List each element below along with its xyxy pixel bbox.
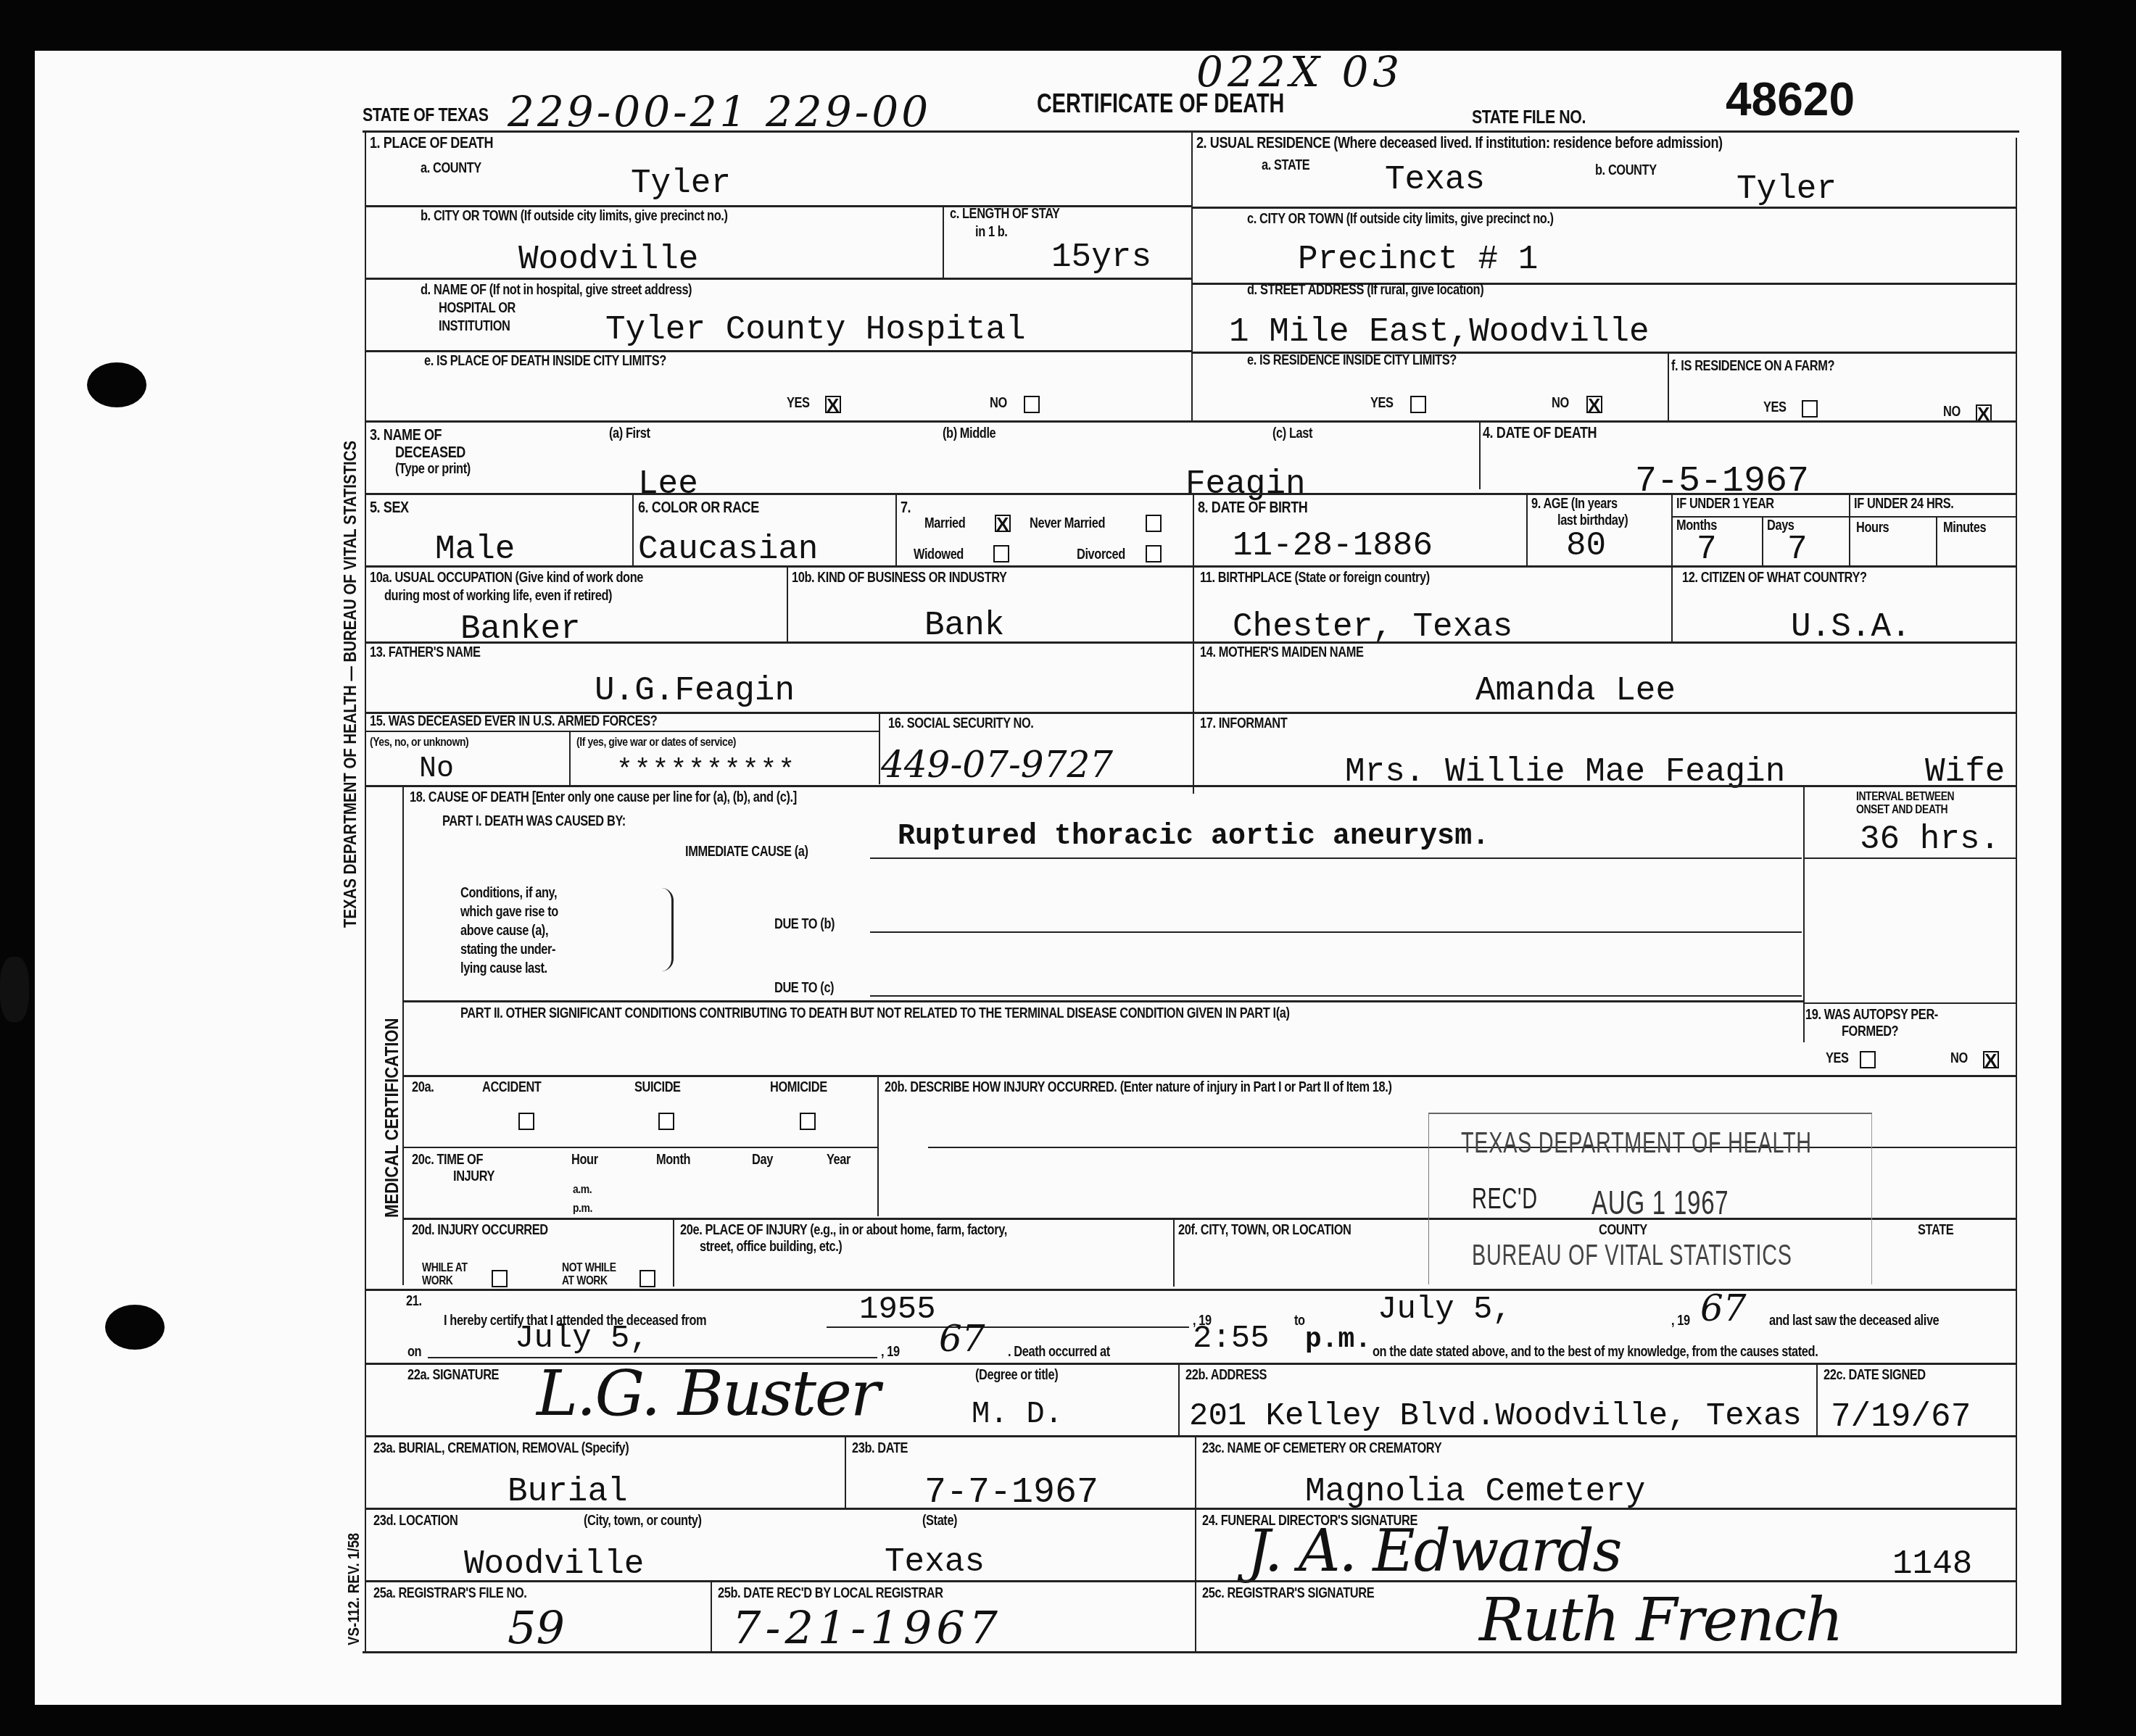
res-city-field: Precinct # 1 — [1298, 243, 1538, 276]
citizen-label: 12. CITIZEN OF WHAT COUNTRY? — [1682, 570, 1867, 586]
month-label: Month — [656, 1153, 690, 1168]
rule — [1526, 493, 1528, 565]
due-to-b-label: DUE TO (b) — [774, 917, 835, 932]
not-while-at-work-label: NOT WHILE AT WORK — [562, 1261, 627, 1287]
autopsy-yes-checkbox[interactable] — [1860, 1051, 1876, 1068]
date-signed-field: 7/19/67 — [1831, 1400, 1971, 1434]
informant-relation-field: Wife — [1925, 755, 2005, 789]
on-farm-label: f. IS RESIDENCE ON A FARM? — [1671, 359, 1834, 374]
married-label: Married — [924, 516, 965, 531]
last-seen-date-field: July 5, — [515, 1323, 649, 1355]
not-while-at-work-checkbox[interactable] — [639, 1270, 655, 1287]
conditions-note-1: Conditions, if any, — [460, 886, 557, 901]
day-label: Day — [752, 1153, 773, 1168]
last-name-field: Feagin — [1185, 468, 1306, 501]
informant-field: Mrs. Willie Mae Feagin — [1345, 755, 1785, 789]
while-at-work-label: WHILE AT WORK — [422, 1261, 476, 1287]
divorced-label: Divorced — [1077, 547, 1125, 562]
rule — [1193, 207, 2017, 209]
injury-state-label: STATE — [1918, 1223, 1953, 1238]
res-county-label: b. COUNTY — [1595, 163, 1657, 178]
disposition-label: 23a. BURIAL, CREMATION, REMOVAL (Specify… — [373, 1441, 629, 1456]
res-inside-city-yes-checkbox[interactable] — [1410, 396, 1426, 413]
res-state-field: Texas — [1385, 163, 1485, 196]
armed-forces-label: 15. WAS DECEASED EVER IN U.S. ARMED FORC… — [370, 714, 657, 729]
punch-hole — [87, 362, 146, 407]
rule — [366, 785, 2017, 787]
first-name-label: (a) First — [609, 426, 650, 441]
rule — [1816, 1363, 1818, 1435]
ssn-label: 16. SOCIAL SECURITY NO. — [888, 716, 1033, 731]
injury-county-label: COUNTY — [1599, 1223, 1647, 1238]
physician-address-field: 201 Kelley Blvd.Woodville, Texas — [1189, 1400, 1802, 1432]
no-label: NO — [990, 396, 1007, 411]
date-recd-label: 25b. DATE REC'D BY LOCAL REGISTRAR — [718, 1586, 943, 1601]
cemetery-label: 23c. NAME OF CEMETERY OR CREMATORY — [1202, 1441, 1441, 1456]
interval-label: INTERVAL BETWEEN — [1856, 790, 1954, 803]
res-inside-city-label: e. IS RESIDENCE INSIDE CITY LIMITS? — [1247, 353, 1457, 368]
inside-city-limits-label: e. IS PLACE OF DEATH INSIDE CITY LIMITS? — [424, 354, 666, 369]
age-label-2: last birthday) — [1557, 513, 1628, 528]
last-name-label: (c) Last — [1272, 426, 1312, 441]
autopsy-label: 19. WAS AUTOPSY PER- — [1805, 1008, 1938, 1023]
time-of-injury-label-2: INJURY — [453, 1169, 494, 1184]
conditions-note-4: stating the under- — [460, 942, 555, 958]
rule — [895, 493, 897, 565]
rule — [632, 493, 634, 565]
while-at-work-checkbox[interactable] — [492, 1270, 508, 1287]
to-label: to — [1294, 1313, 1305, 1329]
punch-hole — [105, 1305, 165, 1350]
death-time-pm: p.m. — [1305, 1326, 1371, 1354]
rule — [870, 995, 1802, 997]
rule — [366, 1580, 2017, 1582]
location-state-field: Texas — [885, 1545, 985, 1579]
rule — [366, 420, 2017, 423]
nineteen-2: , 19 — [1671, 1313, 1690, 1329]
rule — [845, 1435, 846, 1508]
cause-of-death-label: 18. CAUSE OF DEATH [Enter only one cause… — [410, 790, 797, 805]
place-of-injury-label-2: street, office building, etc.) — [700, 1239, 842, 1255]
stamp-line-3: BUREAU OF VITAL STATISTICS — [1472, 1239, 1792, 1272]
rule — [404, 1000, 1803, 1002]
hour-label: Hour — [571, 1153, 598, 1168]
birthplace-field: Chester, Texas — [1233, 610, 1512, 644]
rule — [366, 565, 2017, 568]
hospital-label-3: INSTITUTION — [439, 319, 510, 334]
immediate-cause-field: Ruptured thoracic aortic aneurysm. — [898, 823, 1489, 852]
registrar-file-no-field: 59 — [508, 1606, 565, 1650]
on-label: on — [407, 1345, 421, 1360]
am-label: a.m. — [573, 1183, 592, 1196]
usual-residence-label: 2. USUAL RESIDENCE (Where deceased lived… — [1196, 134, 1723, 151]
armed-forces-sub2: (If yes, give war or dates of service) — [576, 736, 736, 749]
registrar-file-no-label: 25a. REGISTRAR'S FILE NO. — [373, 1586, 526, 1601]
interval-label-2: ONSET AND DEATH — [1856, 803, 1947, 816]
city-label: b. CITY OR TOWN (If outside city limits,… — [421, 209, 728, 224]
injury-city-label: 20f. CITY, TOWN, OR LOCATION — [1178, 1223, 1351, 1238]
hospital-label-2: HOSPITAL OR — [439, 301, 516, 316]
deceased-name-label-2: DECEASED — [395, 444, 465, 460]
rule — [366, 1289, 2017, 1291]
suicide-label: SUICIDE — [634, 1080, 681, 1095]
occupation-label-2: during most of working life, even if ret… — [384, 589, 612, 604]
age-field: 80 — [1566, 529, 1606, 562]
length-of-stay-label: c. LENGTH OF STAY — [950, 207, 1060, 222]
registrar-signature-label: 25c. REGISTRAR'S SIGNATURE — [1202, 1586, 1374, 1601]
funeral-director-signature: J. A. Edwards — [1247, 1522, 1621, 1580]
funeral-director-license: 1148 — [1892, 1548, 1972, 1581]
date-recd-field: 7-21-1967 — [732, 1606, 1002, 1650]
yes-label: YES — [787, 396, 810, 411]
no-label: NO — [1552, 396, 1569, 411]
industry-label: 10b. KIND OF BUSINESS OR INDUSTRY — [792, 570, 1007, 586]
sex-label: 5. SEX — [370, 499, 409, 515]
divorced-checkbox[interactable] — [1146, 545, 1162, 562]
armed-forces-field: No — [419, 755, 454, 784]
dob-field: 11-28-1886 — [1233, 529, 1433, 562]
place-of-injury-label: 20e. PLACE OF INJURY (e.g., in or about … — [680, 1223, 1007, 1238]
time-of-injury-label: 20c. TIME OF — [412, 1153, 483, 1168]
rule — [870, 931, 1802, 933]
inside-city-yes-checkbox[interactable] — [825, 396, 841, 413]
under-one-year-label: IF UNDER 1 YEAR — [1676, 497, 1774, 512]
rule — [1668, 353, 1669, 422]
res-state-label: a. STATE — [1262, 158, 1309, 173]
rule — [711, 1580, 712, 1653]
certificate-paper — [35, 51, 2061, 1705]
immediate-cause-label: IMMEDIATE CAUSE (a) — [685, 844, 808, 860]
marital-status-label: 7. — [901, 499, 911, 515]
never-married-label: Never Married — [1030, 516, 1105, 531]
middle-name-label: (b) Middle — [943, 426, 995, 441]
rule — [569, 731, 571, 785]
certify-text-3: on the date stated above, and to the bes… — [1373, 1345, 1818, 1360]
months-field: 7 — [1697, 533, 1717, 566]
rule — [366, 641, 2017, 644]
yes-label: YES — [1763, 400, 1787, 415]
stamp-recd-label: REC'D — [1472, 1183, 1538, 1216]
scan-artifact — [0, 957, 29, 1022]
rule — [870, 857, 1802, 859]
hospital-field: Tyler County Hospital — [605, 313, 1026, 346]
date-signed-label: 22c. DATE SIGNED — [1824, 1368, 1926, 1383]
homicide-label: HOMICIDE — [770, 1080, 827, 1095]
rule — [366, 278, 1191, 280]
nineteen-3: , 19 — [881, 1345, 900, 1360]
rule — [366, 1508, 2017, 1510]
res-inside-city-no-checkbox[interactable] — [1586, 396, 1602, 413]
rule — [1803, 857, 2017, 859]
rule — [673, 1218, 674, 1287]
rule — [1936, 516, 1937, 565]
rule — [877, 1075, 879, 1216]
department-side-text: TEXAS DEPARTMENT OF HEALTH — BUREAU OF V… — [341, 441, 361, 928]
item-21-label: 21. — [406, 1294, 422, 1309]
res-county-field: Tyler — [1736, 173, 1837, 206]
conditions-note-2: which gave rise to — [460, 905, 558, 920]
part1-label: PART I. DEATH WAS CAUSED BY: — [442, 814, 626, 829]
medical-certification-side-text: MEDICAL CERTIFICATION — [381, 1018, 403, 1218]
first-name-field: Lee — [638, 468, 698, 501]
informant-label: 17. INFORMANT — [1200, 716, 1287, 731]
state-of-texas-label: STATE OF TEXAS — [363, 105, 489, 125]
rule — [1178, 1363, 1180, 1435]
res-street-field: 1 Mile East,Woodville — [1229, 315, 1649, 349]
disposition-field: Burial — [508, 1475, 628, 1508]
degree-field: M. D. — [972, 1399, 1063, 1429]
place-of-death-label: 1. PLACE OF DEATH — [370, 134, 493, 151]
interval-field: 36 hrs. — [1860, 823, 2000, 856]
death-occurred-label: . Death occurred at — [1008, 1345, 1110, 1360]
injury-occurred-label: 20d. INJURY OCCURRED — [412, 1223, 548, 1238]
rule — [366, 731, 879, 732]
citizen-field: U.S.A. — [1791, 610, 1911, 644]
rule — [402, 785, 404, 1285]
sex-field: Male — [435, 533, 515, 566]
stamp-line-1: TEXAS DEPARTMENT OF HEALTH — [1461, 1127, 1812, 1160]
attended-to-year-field: 67 — [1700, 1290, 1747, 1326]
autopsy-label-2: FORMED? — [1842, 1024, 1898, 1039]
pm-label: p.m. — [573, 1202, 592, 1215]
race-label: 6. COLOR OR RACE — [638, 499, 759, 515]
accident-label: ACCIDENT — [482, 1080, 541, 1095]
age-label: 9. AGE (In years — [1531, 497, 1618, 512]
father-name-field: U.G.Feagin — [595, 674, 795, 707]
widowed-checkbox[interactable] — [993, 545, 1009, 562]
ssn-field: 449-07-9727 — [881, 747, 1113, 783]
physician-signature: L.G. Buster — [537, 1363, 879, 1425]
date-of-death-label: 4. DATE OF DEATH — [1483, 424, 1597, 441]
industry-field: Bank — [924, 609, 1004, 642]
under-24-hours-label: IF UNDER 24 HRS. — [1854, 497, 1953, 512]
father-name-label: 13. FATHER'S NAME — [370, 645, 480, 660]
yes-label: YES — [1370, 396, 1394, 411]
year-label: Year — [827, 1153, 850, 1168]
rule — [366, 1435, 2017, 1437]
hours-label: Hours — [1856, 520, 1889, 536]
death-city-field: Woodville — [518, 243, 698, 276]
rule — [366, 205, 1191, 207]
brace — [661, 888, 674, 971]
physician-address-label: 22b. ADDRESS — [1185, 1368, 1267, 1383]
rule — [827, 1326, 1189, 1328]
armed-forces-sub1: (Yes, no, or unknown) — [370, 736, 468, 749]
deceased-name-label: 3. NAME OF — [370, 426, 442, 443]
autopsy-no-label: NO — [1950, 1051, 1968, 1066]
mother-name-label: 14. MOTHER'S MAIDEN NAME — [1200, 645, 1364, 660]
rule — [2016, 138, 2017, 1653]
state-file-no-label: STATE FILE NO. — [1472, 107, 1586, 127]
occupation-label: 10a. USUAL OCCUPATION (Give kind of work… — [370, 570, 643, 586]
homicide-checkbox[interactable] — [800, 1113, 816, 1130]
suicide-checkbox[interactable] — [658, 1113, 674, 1130]
conditions-note-5: lying cause last. — [460, 961, 547, 976]
rule — [1479, 420, 1481, 489]
state-file-number: 48620 — [1726, 76, 1855, 122]
birthplace-label: 11. BIRTHPLACE (State or foreign country… — [1200, 570, 1430, 586]
widowed-label: Widowed — [914, 547, 964, 562]
rule — [366, 350, 1191, 352]
dob-label: 8. DATE OF BIRTH — [1198, 499, 1307, 515]
describe-injury-label: 20b. DESCRIBE HOW INJURY OCCURRED. (Ente… — [885, 1080, 1391, 1095]
part2-label: PART II. OTHER SIGNIFICANT CONDITIONS CO… — [460, 1006, 1290, 1021]
never-married-checkbox[interactable] — [1146, 515, 1162, 532]
rule — [365, 130, 366, 1653]
rule — [787, 565, 788, 641]
race-field: Caucasian — [638, 533, 818, 566]
handwritten-code: 229-00-21 229-00 — [508, 91, 931, 133]
conditions-note-3: above cause (a), — [460, 923, 548, 939]
form-number: VS-112. REV. 1/58 — [344, 1533, 363, 1645]
cemetery-field: Magnolia Cemetery — [1305, 1475, 1645, 1508]
rule — [404, 1147, 877, 1148]
death-time-field: 2:55 — [1193, 1323, 1270, 1355]
rule — [1195, 1435, 1196, 1653]
last-seen-year-field: 67 — [939, 1321, 985, 1357]
location-label: 23d. LOCATION — [373, 1513, 458, 1529]
mother-name-field: Amanda Lee — [1475, 674, 1676, 707]
deceased-name-label-3: (Type or print) — [395, 462, 471, 477]
res-city-label: c. CITY OR TOWN (If outside city limits,… — [1247, 212, 1554, 227]
rule — [943, 205, 944, 278]
autopsy-yes-label: YES — [1826, 1051, 1849, 1066]
top-code: 022X 03 — [1196, 51, 1404, 93]
manner-label: 20a. — [412, 1080, 434, 1095]
days-field: 7 — [1787, 533, 1808, 566]
stamp-date: AUG 1 1967 — [1591, 1183, 1729, 1222]
res-street-label: d. STREET ADDRESS (If rural, give locati… — [1247, 283, 1483, 298]
autopsy-no-checkbox[interactable] — [1983, 1051, 1999, 1068]
rule — [1191, 130, 1193, 420]
attended-to-field: July 5, — [1378, 1294, 1512, 1326]
on-farm-no-checkbox[interactable] — [1976, 404, 1992, 422]
county-label: a. COUNTY — [421, 161, 481, 176]
location-city-label: (City, town, or county) — [584, 1513, 701, 1529]
due-to-c-label: DUE TO (c) — [774, 981, 834, 996]
on-farm-yes-checkbox[interactable] — [1802, 400, 1818, 418]
death-county-field: Tyler — [631, 167, 731, 200]
signature-label: 22a. SIGNATURE — [407, 1368, 499, 1383]
attended-from-field: 1955 — [859, 1294, 936, 1326]
rule — [879, 712, 880, 784]
inside-city-no-checkbox[interactable] — [1024, 396, 1040, 413]
rule — [366, 493, 2017, 495]
degree-label: (Degree or title) — [975, 1368, 1058, 1383]
rule — [1671, 516, 2017, 518]
certify-text-2: and last saw the deceased alive — [1769, 1313, 1939, 1329]
location-city-field: Woodville — [464, 1548, 644, 1581]
disposition-date-field: 7-7-1967 — [924, 1475, 1098, 1511]
minutes-label: Minutes — [1943, 520, 1986, 536]
length-of-stay-sub: in 1 b. — [975, 225, 1008, 240]
rule — [1671, 565, 1673, 641]
rule — [1849, 493, 1850, 565]
hospital-label: d. NAME OF (If not in hospital, give str… — [421, 283, 692, 298]
rule — [404, 1075, 2017, 1077]
registrar-signature: Ruth French — [1479, 1591, 1842, 1650]
rule — [1173, 1218, 1175, 1287]
service-dates-field: ********** — [616, 757, 796, 785]
rule — [1762, 516, 1763, 565]
rule — [1803, 1002, 2017, 1004]
disposition-date-label: 23b. DATE — [852, 1441, 908, 1456]
rule — [1671, 493, 1673, 565]
no-label: NO — [1943, 404, 1961, 420]
married-checkbox[interactable] — [995, 515, 1011, 532]
length-of-stay-field: 15yrs — [1051, 241, 1151, 274]
accident-checkbox[interactable] — [518, 1113, 534, 1130]
location-state-label: (State) — [922, 1513, 957, 1529]
